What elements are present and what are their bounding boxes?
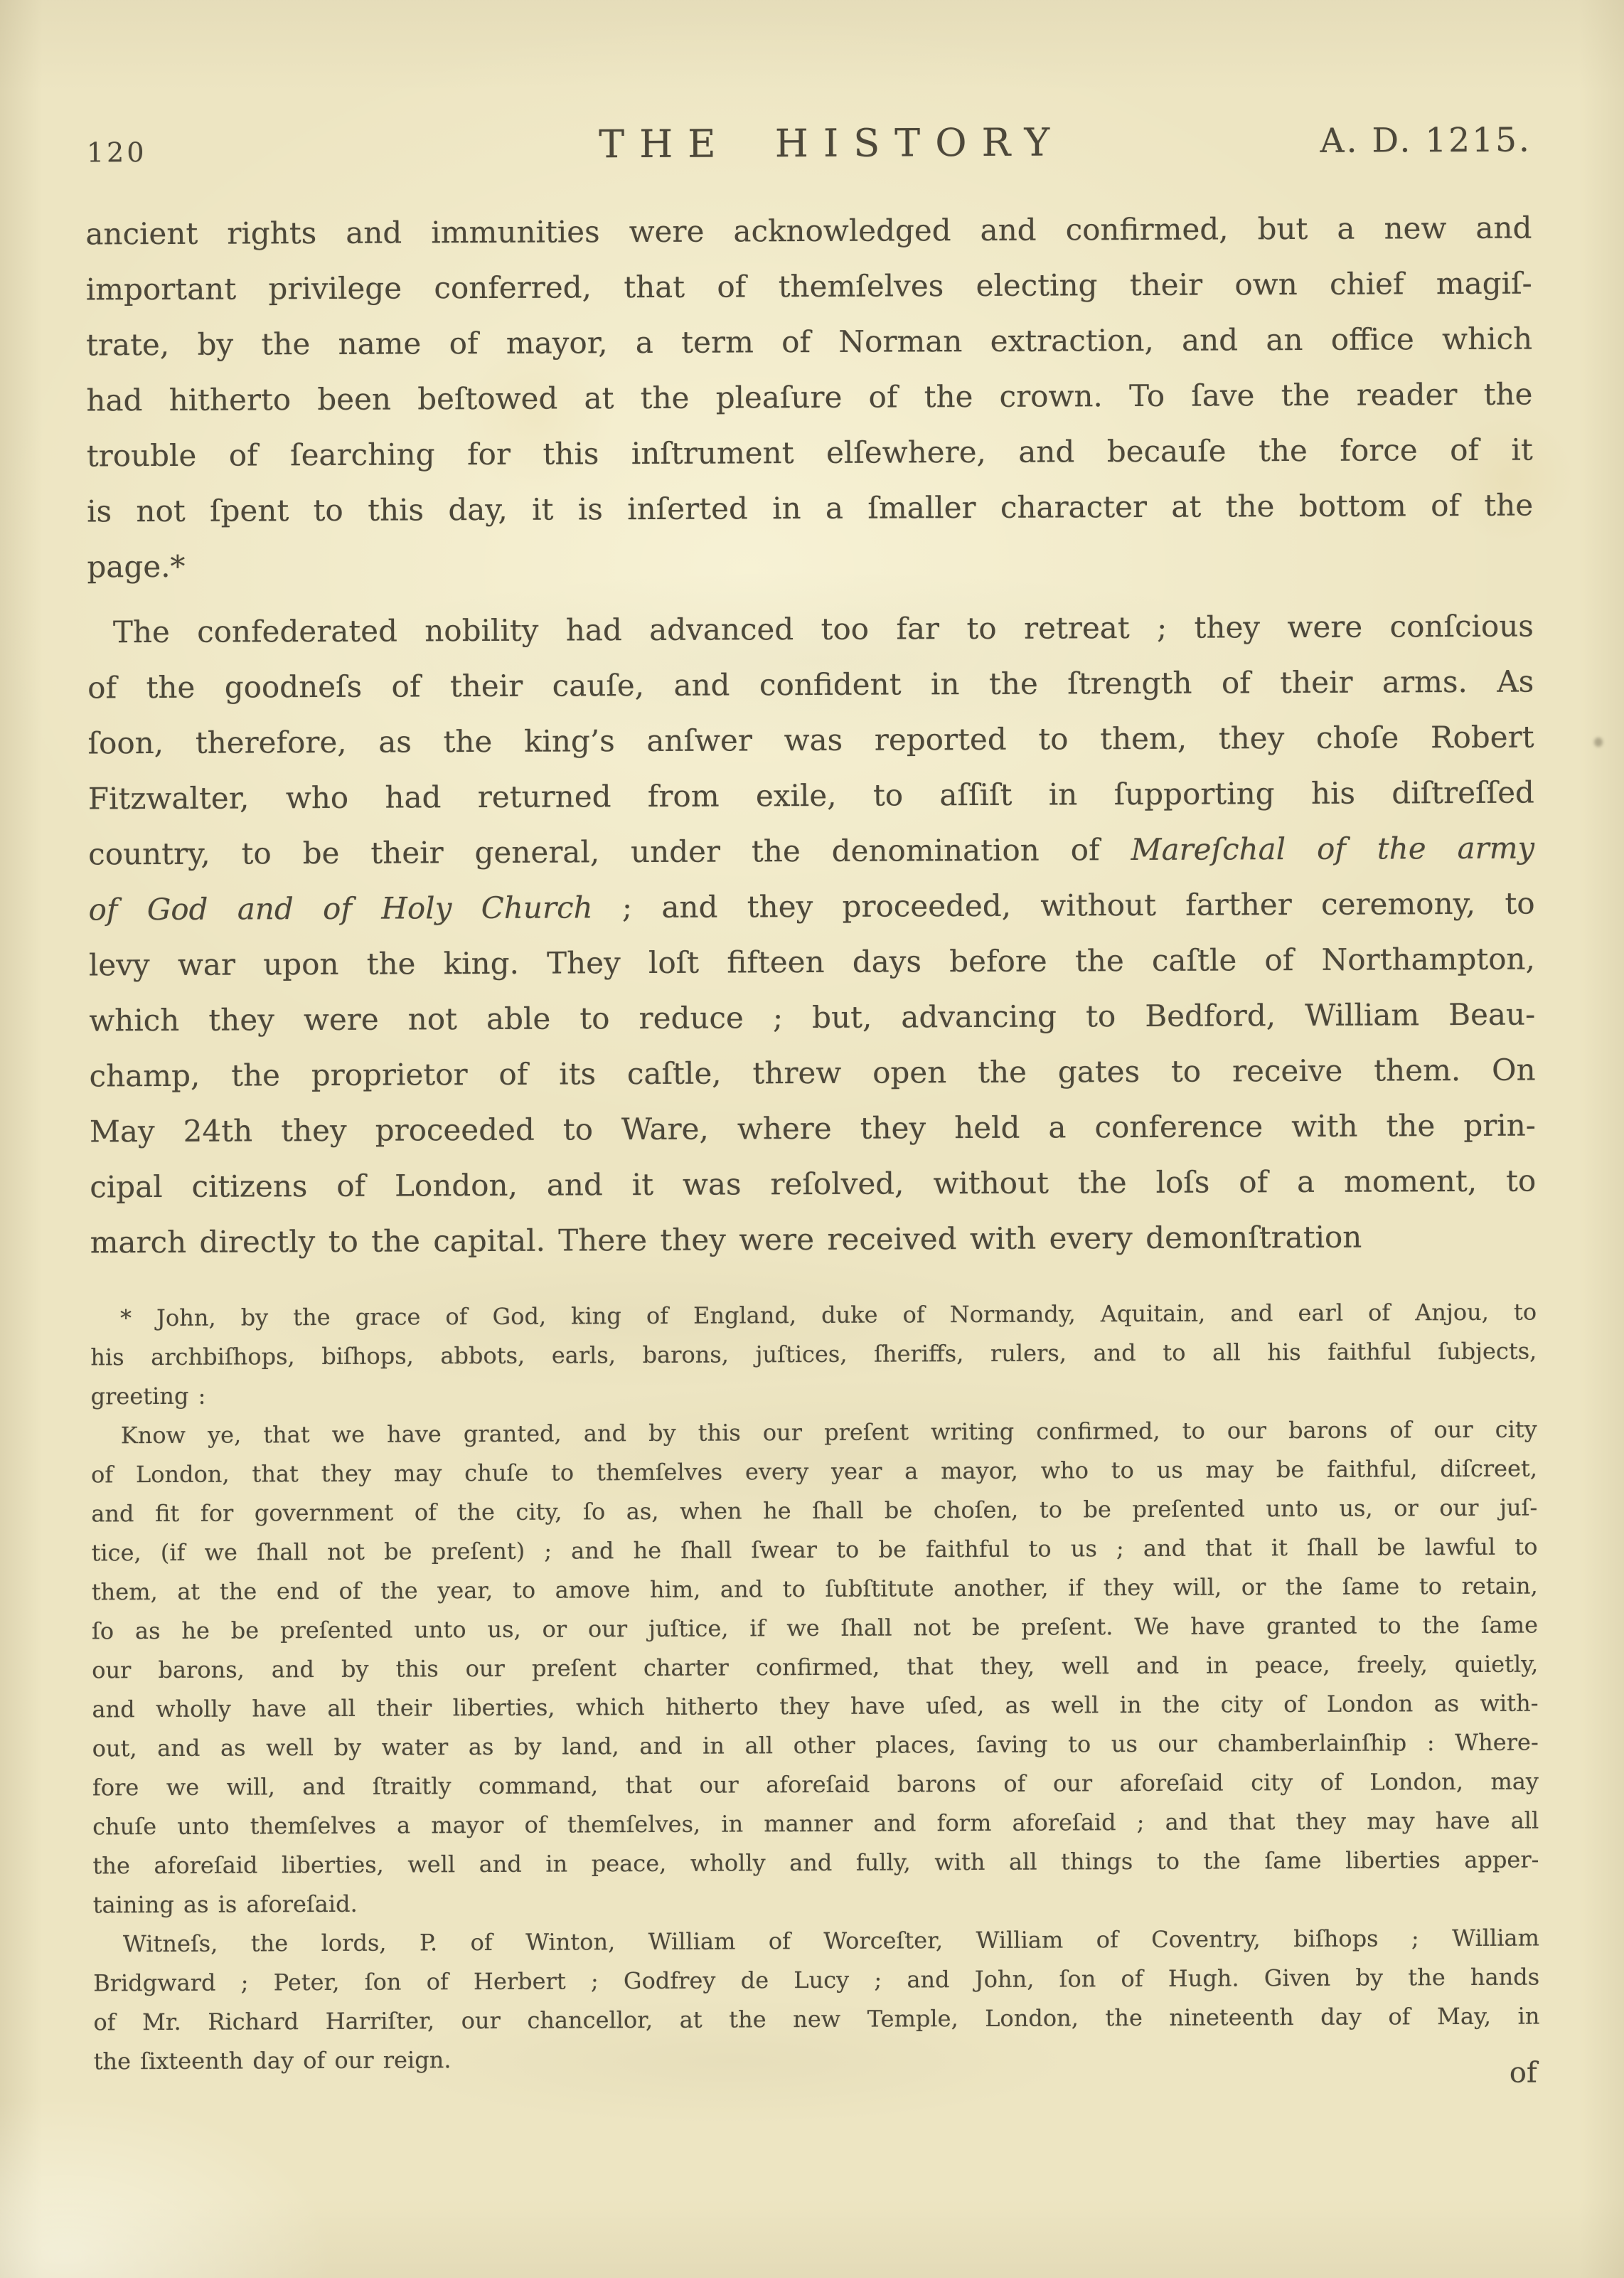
page-header: 120 THE HISTORY A. D. 1215. — [85, 117, 1532, 173]
text-line: May 24th they proceeded to Ware, where t… — [90, 1098, 1536, 1160]
text-line: them, at the end of the year, to amove h… — [92, 1567, 1538, 1612]
paragraph: Witneſs, the lords, P. of Winton, Willia… — [93, 1919, 1540, 2082]
text-segment: May 24th they proceeded to Ware, where t… — [90, 1108, 1536, 1149]
text-segment: chuſe unto themſelves a mayor of themſel… — [92, 1807, 1539, 1841]
text-segment: important privilege conferred, that of t… — [86, 266, 1532, 307]
text-segment: ſoon, therefore, as the king’s anſwer wa… — [87, 720, 1534, 761]
text-line: and wholly have all their liberties, whi… — [92, 1684, 1538, 1730]
text-line: page.* — [87, 533, 1533, 595]
text-line: the aforeſaid liberties, well and in pea… — [92, 1841, 1539, 1886]
text-line: the ſixteenth day of our reign. — [94, 2036, 1540, 2082]
text-line: Witneſs, the lords, P. of Winton, Willia… — [93, 1919, 1539, 1964]
ink-fleck — [1594, 738, 1603, 747]
text-segment: ancient rights and immunities were ackno… — [85, 211, 1532, 252]
text-segment: his archbiſhops, biſhops, abbots, earls,… — [90, 1338, 1537, 1371]
text-line: greeting : — [90, 1371, 1537, 1417]
text-line: our barons, and by this our preſent char… — [92, 1645, 1538, 1691]
date-label: A. D. 1215. — [1320, 121, 1532, 161]
paragraph: * John, by the grace of God, king of Eng… — [90, 1293, 1537, 1417]
text-segment: them, at the end of the year, to amove h… — [92, 1572, 1538, 1606]
text-line: march directly to the capital. There the… — [90, 1209, 1536, 1271]
text-line: tice, (if we ſhall not be preſent) ; and… — [91, 1528, 1537, 1573]
paragraph: Know ye, that we have granted, and by th… — [91, 1410, 1539, 1925]
paragraph: ancient rights and immunities were ackno… — [85, 201, 1533, 595]
text-segment: march directly to the capital. There the… — [90, 1220, 1362, 1260]
text-line: ſoon, therefore, as the king’s anſwer wa… — [87, 710, 1534, 772]
main-text: ancient rights and immunities were ackno… — [85, 201, 1537, 1271]
text-line: had hitherto been beſtowed at the pleaſu… — [86, 367, 1532, 429]
text-line: which they were not able to reduce ; but… — [89, 987, 1535, 1049]
text-segment: which they were not able to reduce ; but… — [89, 997, 1535, 1038]
footnote: * John, by the grace of God, king of Eng… — [90, 1293, 1540, 2082]
text-segment: The confederated nobility had advanced t… — [113, 609, 1534, 650]
text-line: is not ſpent to this day, it is inſerted… — [87, 478, 1533, 540]
text-segment: of London, that they may chuſe to themſe… — [91, 1455, 1537, 1489]
text-line: out, and as well by water as by land, an… — [92, 1723, 1539, 1769]
text-segment: of the goodneſs of their cauſe, and conf… — [87, 664, 1534, 706]
text-segment: * John, by the grace of God, king of Eng… — [120, 1299, 1537, 1332]
page-scan: 120 THE HISTORY A. D. 1215. ancient righ… — [0, 0, 1624, 2278]
text-line: chuſe unto themſelves a mayor of themſel… — [92, 1801, 1539, 1847]
paragraph: The confederated nobility had advanced t… — [87, 599, 1537, 1271]
text-line: Know ye, that we have granted, and by th… — [91, 1410, 1537, 1456]
text-segment: tice, (if we ſhall not be preſent) ; and… — [91, 1533, 1537, 1567]
text-line: of London, that they may chuſe to themſe… — [91, 1449, 1537, 1495]
page-content: 120 THE HISTORY A. D. 1215. ancient righ… — [85, 0, 1541, 2278]
italic-text-segment: Mareſchal of the army — [1131, 831, 1534, 867]
text-line: of Mr. Richard Harriſter, our chancellor… — [93, 1997, 1539, 2043]
text-line: levy war upon the king. They loſt fiftee… — [89, 932, 1535, 994]
text-segment: the aforeſaid liberties, well and in pea… — [92, 1846, 1539, 1880]
text-line: taining as is aforeſaid. — [93, 1880, 1539, 1925]
text-line: fore we will, and ſtraitly command, that… — [92, 1762, 1539, 1808]
text-line: his archbiſhops, biſhops, abbots, earls,… — [90, 1332, 1537, 1378]
text-segment: Bridgward ; Peter, ſon of Herbert ; Godf… — [93, 1964, 1539, 1997]
text-line: * John, by the grace of God, king of Eng… — [90, 1293, 1537, 1338]
text-segment: taining as is aforeſaid. — [93, 1890, 358, 1919]
text-line: Fitzwalter, who had returned from exile,… — [88, 765, 1534, 827]
text-segment: and wholly have all their liberties, whi… — [92, 1690, 1538, 1723]
text-segment: is not ſpent to this day, it is inſerted… — [87, 488, 1533, 529]
text-segment: out, and as well by water as by land, an… — [92, 1729, 1539, 1762]
text-segment: the ſixteenth day of our reign. — [94, 2046, 452, 2075]
text-line: champ, the proprietor of its caſtle, thr… — [89, 1043, 1535, 1105]
running-title: THE HISTORY — [599, 119, 1064, 166]
text-segment: greeting : — [90, 1383, 205, 1410]
text-segment: Know ye, that we have granted, and by th… — [121, 1416, 1537, 1449]
text-segment: trouble of ſearching for this inſtrument… — [87, 432, 1533, 474]
text-segment: champ, the proprietor of its caſtle, thr… — [89, 1053, 1535, 1094]
text-line: Bridgward ; Peter, ſon of Herbert ; Godf… — [93, 1958, 1539, 2003]
text-line: country, to be their general, under the … — [88, 821, 1534, 883]
text-segment: levy war upon the king. They loſt fiftee… — [89, 942, 1535, 983]
text-line: important privilege conferred, that of t… — [86, 256, 1532, 318]
text-segment: cipal citizens of London, and it was reſ… — [90, 1164, 1536, 1205]
catchword: of — [1510, 2057, 1537, 2090]
text-line: of the goodneſs of their cauſe, and conf… — [87, 654, 1534, 716]
text-line: ancient rights and immunities were ackno… — [85, 201, 1532, 262]
text-segment: and fit for government of the city, ſo a… — [91, 1494, 1537, 1528]
page-number: 120 — [87, 137, 147, 168]
text-segment: fore we will, and ſtraitly command, that… — [92, 1768, 1539, 1801]
text-segment: ſo as he be preſented unto us, or our ju… — [92, 1612, 1538, 1645]
text-segment: of Mr. Richard Harriſter, our chancellor… — [93, 2003, 1539, 2036]
text-line: The confederated nobility had advanced t… — [87, 599, 1534, 661]
text-line: and fit for government of the city, ſo a… — [91, 1489, 1537, 1534]
text-line: trouble of ſearching for this inſtrument… — [87, 422, 1533, 484]
text-segment: Fitzwalter, who had returned from exile,… — [88, 775, 1534, 816]
text-segment: country, to be their general, under the … — [88, 832, 1131, 871]
text-segment: ; and they proceeded, without farther ce… — [592, 886, 1534, 925]
text-segment: page.* — [87, 549, 185, 585]
text-line: of God and of Holy Church ; and they pro… — [88, 876, 1534, 938]
text-segment: trate, by the name of mayor, a term of N… — [86, 321, 1532, 363]
text-segment: our barons, and by this our preſent char… — [92, 1651, 1538, 1684]
text-segment: Witneſs, the lords, P. of Winton, Willia… — [123, 1925, 1539, 1958]
text-line: ſo as he be preſented unto us, or our ju… — [92, 1606, 1538, 1651]
italic-text-segment: of God and of Holy Church — [88, 890, 592, 927]
text-line: trate, by the name of mayor, a term of N… — [86, 312, 1532, 373]
text-line: cipal citizens of London, and it was reſ… — [90, 1154, 1536, 1215]
text-segment: had hitherto been beſtowed at the pleaſu… — [86, 377, 1532, 418]
